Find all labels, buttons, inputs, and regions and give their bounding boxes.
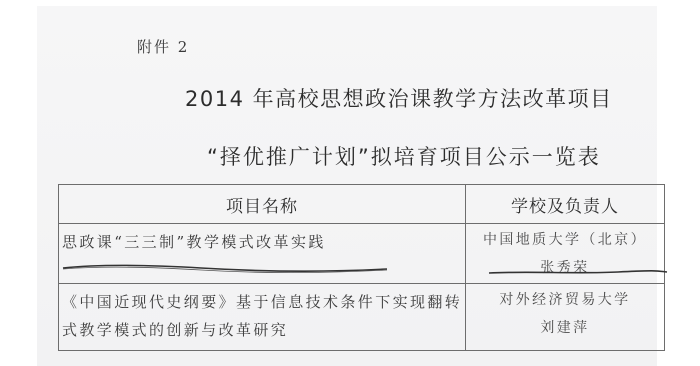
table-row: 思政课“三三制”教学模式改革实践 中国地质大学（北京） 张秀荣 [59, 224, 665, 284]
project-name-cell: 《中国近现代史纲要》基于信息技术条件下实现翻转式教学模式的创新与改革研究 [59, 284, 466, 351]
school-lead-cell: 对外经济贸易大学 刘建萍 [465, 284, 664, 351]
document-subtitle: “择优推广计划”拟培育项目公示一览表 [207, 141, 601, 171]
header-school-and-lead: 学校及负责人 [465, 185, 664, 224]
project-name: 思政课“三三制”教学模式改革实践 [62, 233, 326, 251]
attachment-label: 附件 2 [137, 36, 189, 57]
school-lead-cell: 中国地质大学（北京） 张秀荣 [465, 224, 664, 284]
project-name: 《中国近现代史纲要》基于信息技术条件下实现翻转式教学模式的创新与改革研究 [62, 293, 462, 339]
pen-underline-mark [61, 262, 391, 276]
table-header-row: 项目名称 学校及负责人 [59, 185, 665, 224]
school-name: 中国地质大学（北京） [483, 232, 647, 248]
table-row: 《中国近现代史纲要》基于信息技术条件下实现翻转式教学模式的创新与改革研究 对外经… [59, 284, 665, 351]
header-project-name: 项目名称 [59, 185, 466, 224]
lead-person: 刘建萍 [466, 314, 664, 342]
lead-person: 张秀荣 [466, 254, 664, 282]
project-name-cell: 思政课“三三制”教学模式改革实践 [59, 224, 466, 284]
document-title: 2014 年高校思想政治课教学方法改革项目 [185, 83, 613, 113]
project-table: 项目名称 学校及负责人 思政课“三三制”教学模式改革实践 中国地质大学（北京） … [58, 184, 665, 351]
school-name: 对外经济贸易大学 [499, 292, 630, 308]
